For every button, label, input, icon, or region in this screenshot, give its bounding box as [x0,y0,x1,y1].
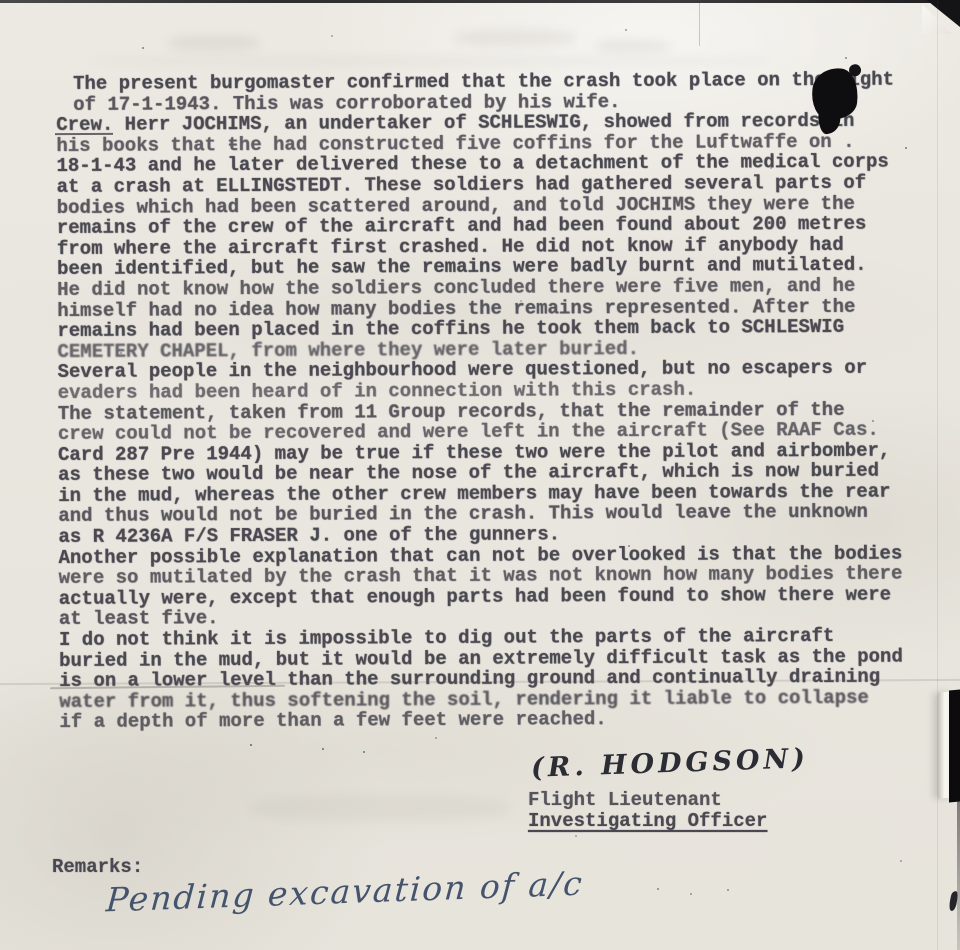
bleed-through-smudge [90,56,770,66]
torn-edge-right [930,690,960,802]
signature-rank: Flight Lieutenant [528,790,722,811]
vertical-crease-right [937,0,938,950]
bleed-through-smudge [455,30,575,46]
typed-line: himself had no idea how many bodies the … [57,296,923,321]
typed-text-block: The present burgomaster confirmed that t… [56,69,925,733]
remarks-label: Remarks: [52,857,143,878]
typed-line: crew could not be recovered and were lef… [58,420,924,445]
paper-speckles [0,0,2,2]
bleed-through-smudge [168,36,260,50]
vertical-crease-top [699,0,700,46]
scan-top-edge [0,0,960,3]
typed-line: were so mutilated by the crash that it w… [59,564,925,589]
remarks-handwritten-note: Pending excavation of a/c [105,864,585,920]
signature-handwritten-name: (R. HODGSON) [531,743,810,784]
crew-heading-underline [55,133,113,135]
bleed-through-smudge [596,40,670,52]
tear-dark-gap [949,690,960,803]
signature-title: Investigating Officer [528,811,767,832]
typed-line: bodies which had been scattered around, … [57,193,923,218]
bleed-through-smudge [250,795,510,821]
typed-line: his books that ŧhe had constructed five … [56,131,922,156]
scanned-document-page: The present burgomaster confirmed that t… [0,0,960,950]
typed-line: if a depth of more than a few feet were … [59,708,925,733]
